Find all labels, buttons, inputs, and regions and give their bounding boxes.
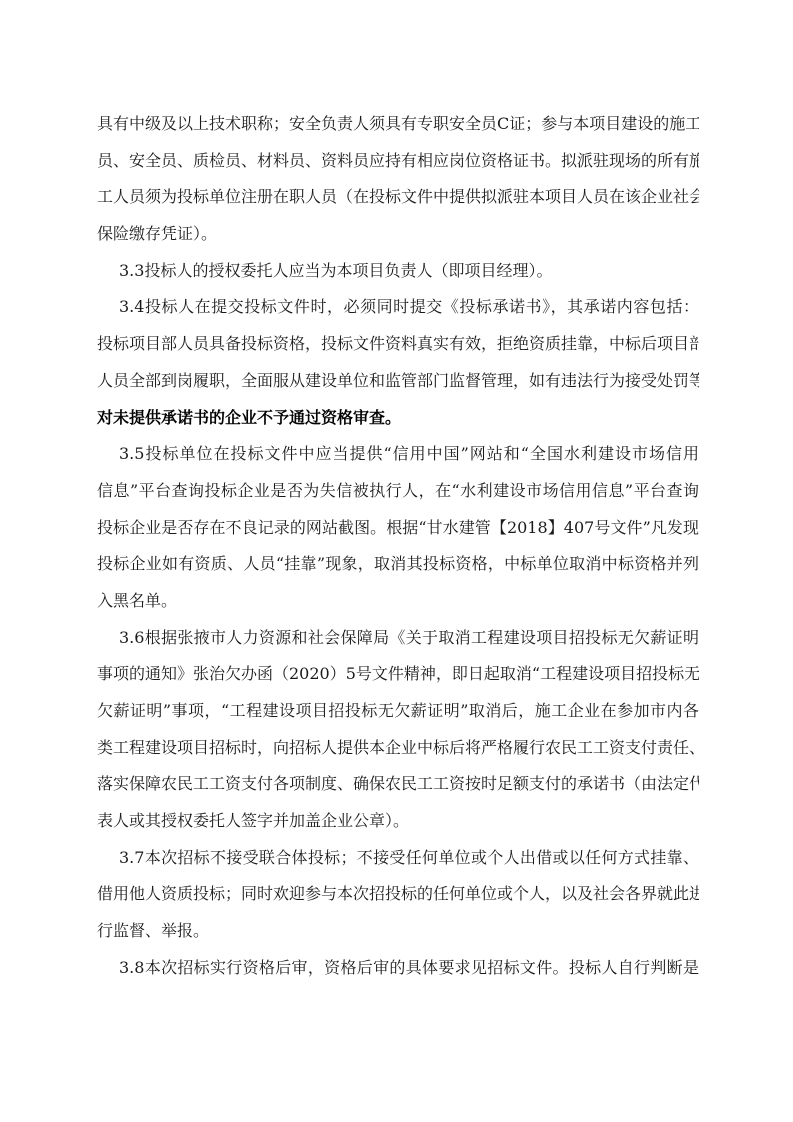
text-line: 入黑名单。 (97, 583, 699, 620)
text-line: 投标企业如有资质、人员“挂靠”现象，取消其投标资格，中标单位取消中标资格并列 (97, 546, 699, 583)
text-line: 类工程建设项目招标时，向招标人提供本企业中标后将严格履行农民工工资支付责任、 (97, 730, 699, 767)
text-line: 事项的通知》张治欠办函（2020）5号文件精神，即日起取消“工程建设项目招投标无 (97, 656, 699, 693)
text-line: 3.5投标单位在投标文件中应当提供“信用中国”网站和“全国水利建设市场信用 (97, 436, 699, 473)
text-line: 3.6根据张掖市人力资源和社会保障局《关于取消工程建设项目招投标无欠薪证明 (97, 620, 699, 657)
text-line: 人员全部到岗履职，全面服从建设单位和监管部门监督管理，如有违法行为接受处罚等。 (97, 363, 699, 400)
paragraph-3-6: 3.6根据张掖市人力资源和社会保障局《关于取消工程建设项目招投标无欠薪证明 事项… (97, 620, 699, 840)
text-line: 保险缴存凭证）。 (97, 216, 699, 253)
text-line: 工人员须为投标单位注册在职人员（在投标文件中提供拟派驻本项目人员在该企业社会 (97, 179, 699, 216)
text-line: 信息”平台查询投标企业是否为失信被执行人，在“水利建设市场信用信息”平台查询 (97, 473, 699, 510)
text-line: 行监督、举报。 (97, 913, 699, 950)
paragraph-3-8: 3.8本次招标实行资格后审，资格后审的具体要求见招标文件。投标人自行判断是 (97, 950, 699, 987)
text-line: 3.4投标人在提交投标文件时，必须同时提交《投标承诺书》，其承诺内容包括： (97, 289, 699, 326)
text-line: 3.7本次招标不接受联合体投标；不接受任何单位或个人出借或以任何方式挂靠、 (97, 840, 699, 877)
text-line: 3.8本次招标实行资格后审，资格后审的具体要求见招标文件。投标人自行判断是 (97, 950, 699, 987)
paragraph-3-5: 3.5投标单位在投标文件中应当提供“信用中国”网站和“全国水利建设市场信用 信息… (97, 436, 699, 619)
paragraph-3-4: 3.4投标人在提交投标文件时，必须同时提交《投标承诺书》，其承诺内容包括： 投标… (97, 289, 699, 436)
paragraph-3-7: 3.7本次招标不接受联合体投标；不接受任何单位或个人出借或以任何方式挂靠、 借用… (97, 840, 699, 950)
text-line: 投标企业是否存在不良记录的网站截图。根据“甘水建管【2018】407号文件”凡发… (97, 510, 699, 547)
text-line: 表人或其授权委托人签字并加盖企业公章）。 (97, 803, 699, 840)
document-page: 具有中级及以上技术职称；安全负责人须具有专职安全员C证；参与本项目建设的施工 员… (97, 106, 699, 987)
text-line: 员、安全员、质检员、材料员、资料员应持有相应岗位资格证书。拟派驻现场的所有施 (97, 143, 699, 180)
text-line: 投标项目部人员具备投标资格，投标文件资料真实有效，拒绝资质挂靠，中标后项目部 (97, 326, 699, 363)
text-line: 借用他人资质投标；同时欢迎参与本次招投标的任何单位或个人，以及社会各界就此进 (97, 876, 699, 913)
text-line: 具有中级及以上技术职称；安全负责人须具有专职安全员C证；参与本项目建设的施工 (97, 106, 699, 143)
paragraph-3-3: 3.3投标人的授权委托人应当为本项目负责人（即项目经理）。 (97, 253, 699, 290)
text-line: 落实保障农民工工资支付各项制度、确保农民工工资按时足额支付的承诺书（由法定代 (97, 766, 699, 803)
paragraph-continuation: 具有中级及以上技术职称；安全负责人须具有专职安全员C证；参与本项目建设的施工 员… (97, 106, 699, 253)
text-line: 欠薪证明”事项，“工程建设项目招投标无欠薪证明”取消后，施工企业在参加市内各 (97, 693, 699, 730)
text-line: 3.3投标人的授权委托人应当为本项目负责人（即项目经理）。 (97, 253, 699, 290)
bold-notice: 对未提供承诺书的企业不予通过资格审查。 (97, 400, 699, 437)
